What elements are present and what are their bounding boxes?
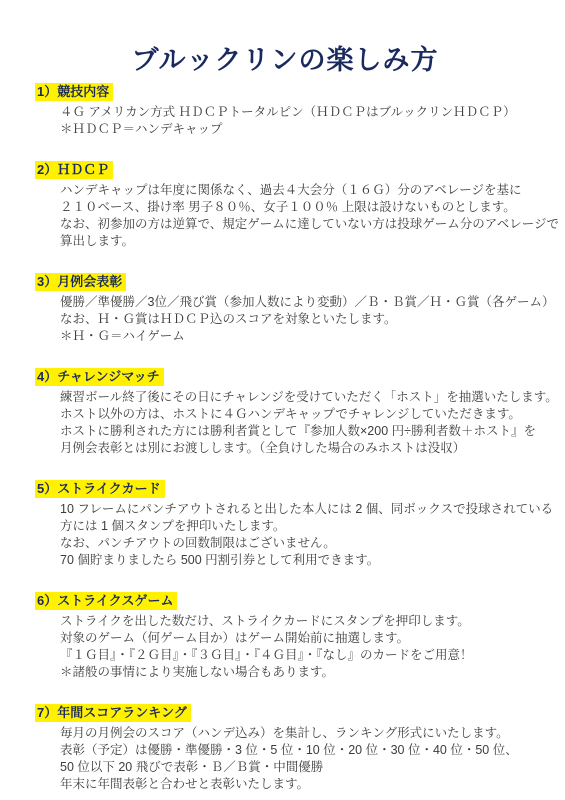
section-body: 優勝／準優勝／3位／飛び賞（参加人数により変動）／Ｂ・Ｂ賞／Ｈ・Ｇ賞（各ゲーム）… — [60, 294, 535, 345]
body-line: 年末に年間表彰と合わせと表彰いたします。 — [60, 776, 535, 793]
body-line: ストライクを出した数だけ、ストライクカードにスタンプを押印します。 — [60, 613, 535, 630]
section-competition: 1）競技内容 ４Ｇ アメリカン方式 ＨＤＣＰトータルピン（ＨＤＣＰはブルックリン… — [35, 83, 535, 138]
document-page: ブルックリンの楽しみ方 1）競技内容 ４Ｇ アメリカン方式 ＨＤＣＰトータルピン… — [0, 0, 565, 800]
body-line: なお、パンチアウトの回数制限はございません。 — [60, 535, 535, 552]
section-body: 練習ボール終了後にその日にチャレンジを受けていただく「ホスト」を抽選いたします。… — [60, 389, 535, 457]
section-heading-row: 3）月例会表彰 — [35, 273, 535, 291]
section-body: ストライクを出した数だけ、ストライクカードにスタンプを押印します。 対象のゲーム… — [60, 613, 535, 681]
body-line: 練習ボール終了後にその日にチャレンジを受けていただく「ホスト」を抽選いたします。 — [60, 389, 535, 406]
section-heading-highlight: 4）チャレンジマッチ — [35, 368, 164, 386]
section-heading-highlight: 2）ＨＤＣＰ — [35, 161, 113, 179]
section-heading-row: 4）チャレンジマッチ — [35, 368, 535, 386]
section-heading-highlight: 6）ストライクスゲーム — [35, 592, 177, 610]
section-heading-row: 6）ストライクスゲーム — [35, 592, 535, 610]
body-line: 10 フレームにパンチアウトされると出した本人には 2 個、同ボックスで投球され… — [60, 501, 535, 518]
body-line: ４Ｇ アメリカン方式 ＨＤＣＰトータルピン（ＨＤＣＰはブルックリンＨＤＣＰ） — [60, 104, 535, 121]
body-line: ホストに勝利された方には勝利者賞として『参加人数×200 円÷勝利者数＋ホスト』… — [60, 423, 535, 440]
section-challenge-match: 4）チャレンジマッチ 練習ボール終了後にその日にチャレンジを受けていただく「ホス… — [35, 368, 535, 457]
section-annual-ranking: 7）年間スコアランキング 毎月の月例会のスコア（ハンデ込み）を集計し、ランキング… — [35, 704, 535, 793]
page-title: ブルックリンの楽しみ方 — [35, 38, 535, 77]
section-body: 毎月の月例会のスコア（ハンデ込み）を集計し、ランキング形式にいたします。 表彰（… — [60, 725, 535, 793]
body-line: ホスト以外の方は、ホストに４Ｇハンデキャップでチャレンジしていただきます。 — [60, 406, 535, 423]
body-line: なお、Ｈ・Ｇ賞はＨＤＣＰ込のスコアを対象といたします。 — [60, 311, 535, 328]
section-heading-highlight: 3）月例会表彰 — [35, 273, 126, 291]
section-heading-highlight: 7）年間スコアランキング — [35, 704, 191, 722]
section-heading-row: 5）ストライクカード — [35, 480, 535, 498]
body-line: 毎月の月例会のスコア（ハンデ込み）を集計し、ランキング形式にいたします。 — [60, 725, 535, 742]
section-strikes-game: 6）ストライクスゲーム ストライクを出した数だけ、ストライクカードにスタンプを押… — [35, 592, 535, 681]
section-heading-row: 2）ＨＤＣＰ — [35, 161, 535, 179]
body-line: ＊諸般の事情により実施しない場合もあります。 — [60, 664, 535, 681]
body-line: 表彰（予定）は優勝・準優勝・3 位・5 位・10 位・20 位・30 位・40 … — [60, 742, 535, 759]
body-line: なお、初参加の方は逆算で、規定ゲームに達していない方は投球ゲーム分のアベレージで — [60, 216, 535, 233]
body-line: 対象のゲーム（何ゲーム目か）はゲーム開始前に抽選します。 — [60, 630, 535, 647]
body-line: 算出します。 — [60, 233, 535, 250]
body-line: 『１Ｇ目』・『２Ｇ目』・『３Ｇ目』・『４Ｇ目』・『なし』のカードをご用意！ — [60, 647, 535, 664]
body-line: 優勝／準優勝／3位／飛び賞（参加人数により変動）／Ｂ・Ｂ賞／Ｈ・Ｇ賞（各ゲーム） — [60, 294, 535, 311]
section-hdcp: 2）ＨＤＣＰ ハンデキャップは年度に関係なく、過去４大会分（１６Ｇ）分のアベレー… — [35, 161, 535, 250]
section-strike-card: 5）ストライクカード 10 フレームにパンチアウトされると出した本人には 2 個… — [35, 480, 535, 569]
body-line: ＊ＨＤＣＰ＝ハンデキャップ — [60, 121, 535, 138]
body-line: 70 個貯まりましたら 500 円割引券として利用できます。 — [60, 552, 535, 569]
section-body: ハンデキャップは年度に関係なく、過去４大会分（１６Ｇ）分のアベレージを基に ２１… — [60, 182, 535, 250]
body-line: 月例会表彰とは別にお渡しします。（全負けした場合のみホストは没収） — [60, 440, 535, 457]
section-body: 10 フレームにパンチアウトされると出した本人には 2 個、同ボックスで投球され… — [60, 501, 535, 569]
body-line: 方には 1 個スタンプを押印いたします。 — [60, 518, 535, 535]
section-monthly-awards: 3）月例会表彰 優勝／準優勝／3位／飛び賞（参加人数により変動）／Ｂ・Ｂ賞／Ｈ・… — [35, 273, 535, 345]
section-heading-highlight: 1）競技内容 — [35, 83, 113, 101]
body-line: ハンデキャップは年度に関係なく、過去４大会分（１６Ｇ）分のアベレージを基に — [60, 182, 535, 199]
section-body: ４Ｇ アメリカン方式 ＨＤＣＰトータルピン（ＨＤＣＰはブルックリンＨＤＣＰ） ＊… — [60, 104, 535, 138]
body-line: 50 位以下 20 飛びで表彰・Ｂ／Ｂ賞・中間優勝 — [60, 759, 535, 776]
body-line: ＊Ｈ・Ｇ＝ハイゲーム — [60, 328, 535, 345]
section-heading-row: 7）年間スコアランキング — [35, 704, 535, 722]
section-heading-row: 1）競技内容 — [35, 83, 535, 101]
body-line: ２１０ベース、掛け率 男子８０％、女子１００％ 上限は設けないものとします。 — [60, 199, 535, 216]
section-heading-highlight: 5）ストライクカード — [35, 480, 165, 498]
